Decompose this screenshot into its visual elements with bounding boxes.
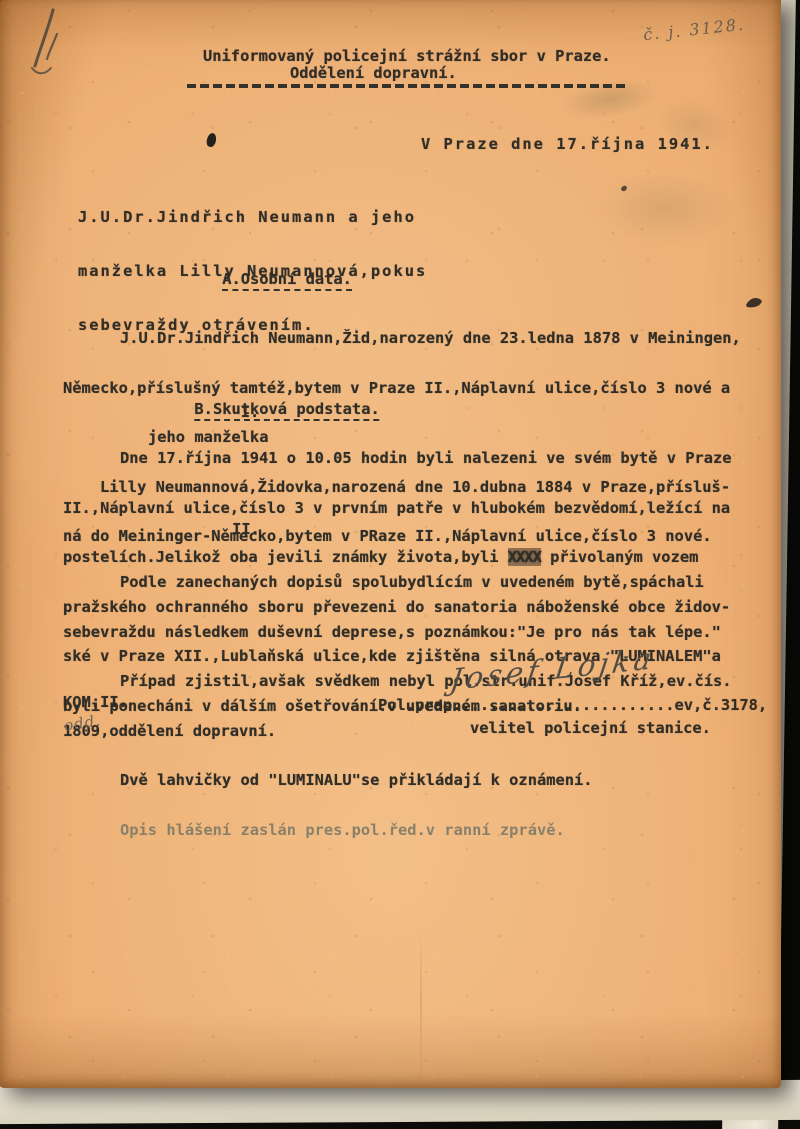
- place-date-line: V Praze dne 17.října 1941.: [421, 136, 714, 153]
- typed-line: sebevraždu následkem duševní deprese,s p…: [63, 624, 732, 641]
- station-code: KOM.II.: [63, 694, 128, 711]
- document-content: č. j. 3128. Uniformovaný policejní stráž…: [0, 0, 798, 1125]
- ink-blot: [205, 132, 217, 148]
- ink-fleck: [620, 185, 627, 192]
- pen-mark: [744, 295, 766, 315]
- handwritten-file-number: č. j. 3128.: [642, 15, 746, 45]
- typed-line: Dne 17.října 1941 o 10.05 hodin byli nal…: [63, 450, 732, 467]
- section-a-heading-text: A.Osobní data.: [222, 270, 352, 291]
- faded-typed-line: Opis hlášení zaslán pres.pol.řed.v ranní…: [63, 822, 732, 839]
- ink-smudge: [553, 71, 668, 128]
- letterhead-dashed-rule: [187, 84, 628, 88]
- paper-crease: [420, 930, 422, 1100]
- signature-dotted-line: Pol.prap........................ev,č.317…: [378, 697, 767, 714]
- typed-line: Dvě lahvičky od "LUMINALU"se přikládají …: [63, 772, 732, 789]
- subject-line: J.U.Dr.Jindřich Neumann a jeho: [78, 208, 427, 226]
- org-dept-line: Oddělení dopravní.: [290, 65, 457, 82]
- org-name-line: Uniformovaný policejní strážní sbor v Pr…: [203, 48, 611, 65]
- signer-role: velitel policejní stanice.: [470, 720, 711, 737]
- typed-line: II.,Náplavní ulice,číslo 3 v prvním patř…: [63, 500, 732, 517]
- paper: č. j. 3128. Uniformovaný policejní stráž…: [0, 0, 781, 1088]
- scanned-document-page: č. j. 3128. Uniformovaný policejní stráž…: [0, 0, 800, 1129]
- ink-smudge: [590, 168, 740, 248]
- pencil-mark: [22, 4, 74, 90]
- roman-numeral-two: II.: [232, 521, 260, 538]
- typed-line: Podle zanechaných dopisů spolubydlícím v…: [63, 574, 732, 591]
- typed-line: J.U.Dr.Jindřich Neumann,Žid,narozený dne…: [63, 330, 741, 347]
